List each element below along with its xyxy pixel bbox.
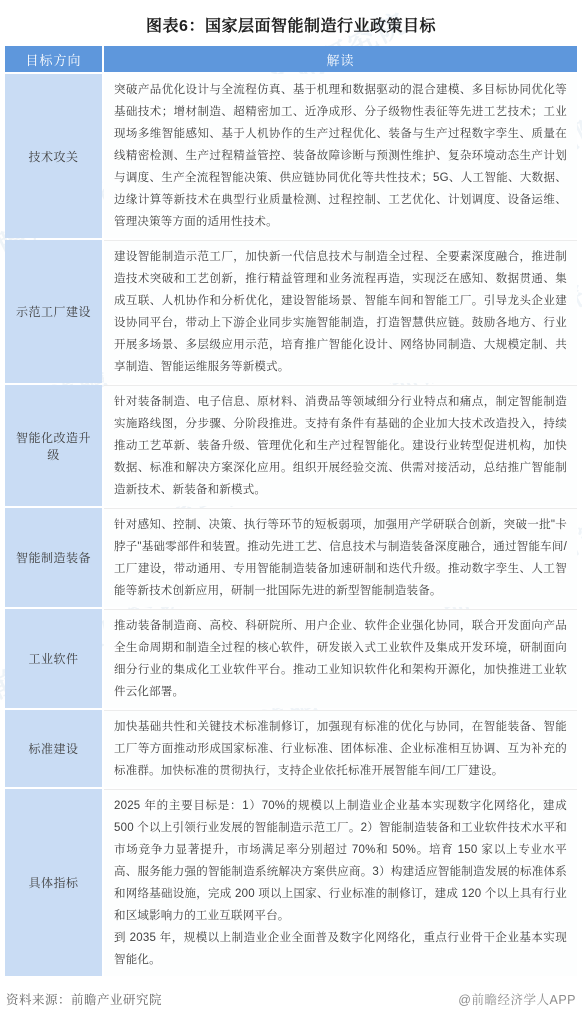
direction-cell: 示范工厂建设 (5, 240, 102, 383)
table-row: 智能化改造升级 针对装备制造、电子信息、原材料、消费品等领域细分行业特点和痛点，… (5, 385, 577, 506)
page-title: 图表6：国家层面智能制造行业政策目标 (0, 0, 582, 36)
interpretation-cell: 加快基础共性和关键技术标准制修订，加强现有标准的优化与协同，在智能装备、智能工厂… (104, 710, 577, 787)
credit-note: @前瞻经济学人APP (458, 990, 576, 1008)
footer: 资料来源：前瞻产业研究院 @前瞻经济学人APP (0, 978, 582, 1018)
table-header-row: 目标方向 解读 (5, 46, 577, 72)
interpretation-cell: 推动装备制造商、高校、科研院所、用户企业、软件企业强化协同，联合开发面向产品全生… (104, 609, 577, 708)
direction-cell: 工业软件 (5, 609, 102, 708)
direction-cell: 技术攻关 (5, 74, 102, 238)
source-note: 资料来源：前瞻产业研究院 (6, 990, 162, 1008)
table-row: 工业软件 推动装备制造商、高校、科研院所、用户企业、软件企业强化协同，联合开发面… (5, 609, 577, 708)
table-row: 标准建设 加快基础共性和关键技术标准制修订，加强现有标准的优化与协同，在智能装备… (5, 710, 577, 787)
table-row: 具体指标 2025 年的主要目标是：1）70%的规模以上制造业企业基本实现数字化… (5, 789, 577, 976)
direction-cell: 标准建设 (5, 710, 102, 787)
interpretation-cell: 2025 年的主要目标是：1）70%的规模以上制造业企业基本实现数字化网络化，建… (104, 789, 577, 976)
report-figure-page: 前瞻产业研究院 前瞻产业研究院 前瞻产业研究院 前瞻产业研究院 前瞻产业研究院 … (0, 0, 582, 1018)
table-row: 技术攻关 突破产品优化设计与全流程仿真、基于机理和数据驱动的混合建模、多目标协同… (5, 74, 577, 238)
interpretation-cell: 针对装备制造、电子信息、原材料、消费品等领域细分行业特点和痛点，制定智能制造实施… (104, 385, 577, 506)
interpretation-cell: 建设智能制造示范工厂，加快新一代信息技术与制造全过程、全要素深度融合，推进制造技… (104, 240, 577, 383)
header-cell-direction: 目标方向 (5, 46, 102, 72)
interpretation-cell: 针对感知、控制、决策、执行等环节的短板弱项，加强用产学研联合创新，突破一批"卡脖… (104, 508, 577, 607)
policy-table: 目标方向 解读 技术攻关 突破产品优化设计与全流程仿真、基于机理和数据驱动的混合… (3, 44, 579, 978)
direction-cell: 智能化改造升级 (5, 385, 102, 506)
policy-table-container: 目标方向 解读 技术攻关 突破产品优化设计与全流程仿真、基于机理和数据驱动的混合… (0, 44, 582, 978)
table-row: 示范工厂建设 建设智能制造示范工厂，加快新一代信息技术与制造全过程、全要素深度融… (5, 240, 577, 383)
interpretation-cell: 突破产品优化设计与全流程仿真、基于机理和数据驱动的混合建模、多目标协同优化等基础… (104, 74, 577, 238)
table-row: 智能制造装备 针对感知、控制、决策、执行等环节的短板弱项，加强用产学研联合创新，… (5, 508, 577, 607)
direction-cell: 具体指标 (5, 789, 102, 976)
direction-cell: 智能制造装备 (5, 508, 102, 607)
header-cell-interpretation: 解读 (104, 46, 577, 72)
